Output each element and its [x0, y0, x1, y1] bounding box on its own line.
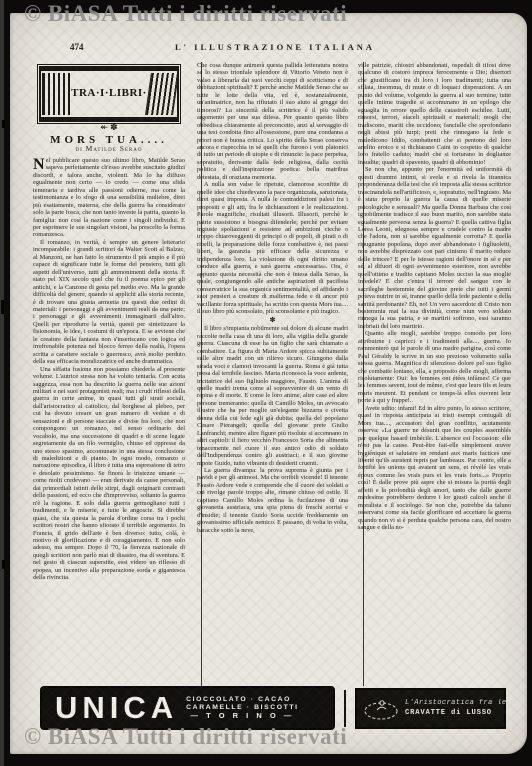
paragraph: A nulla son valse le ripetute, clamorose…: [197, 181, 348, 315]
unica-line-1: CIOCCOLATO · CACAO: [186, 696, 298, 704]
paragraph: Che cosa dunque animerà questa pallida l…: [197, 62, 348, 181]
scan-speck: [2, 560, 5, 569]
section-break-ornament-icon: ✽: [197, 315, 348, 325]
tra-i-libri-masthead: TRA·I·LIBRI·: [39, 66, 179, 122]
paragraph: Nel pubblicare questo suo ultimo libro, …: [33, 157, 185, 239]
paragraph: Una siffatta fusione non possiamo chiede…: [33, 366, 185, 582]
paragraph: Il romanzo, in verità, è sempre un gener…: [33, 239, 185, 366]
paragraph: ville patrizie, chiostri abbandonati, os…: [358, 62, 511, 166]
paragraph: Quanto alle mogli, sarebbe troppo comodo…: [358, 330, 511, 405]
paragraph: Avete udito: infami! Ed in altro punto, …: [358, 405, 511, 532]
scan-speck: [2, 120, 5, 128]
book-shelf-icon: [42, 73, 70, 115]
magazine-page: 474 L' ILLUSTRAZIONE ITALIANA TRA·I·LIBR…: [10, 13, 527, 754]
paragraph: Il libro s'impianta nobilmente sul dolor…: [197, 325, 348, 467]
scan-speck: [1, 300, 4, 314]
book-shelf-icon: [145, 73, 179, 115]
drop-cap: N: [33, 157, 46, 171]
cravatte-line-1: L'Aristocratica fra le: [405, 699, 507, 709]
copyright-watermark-bottom: © BiASA Tutti i diritti riservati: [24, 724, 347, 750]
paragraph-text: el pubblicare questo suo ultimo libro, M…: [33, 157, 185, 239]
cravatte-advertisement: L'Aristocratica fra le CRAVATTE di LUSSO: [357, 690, 504, 727]
masthead-title: TRA·I·LIBRI·: [71, 71, 147, 117]
unica-advertisement: UNICA CIOCCOLATO · CACAO CARAMELLE · BIS…: [42, 688, 333, 728]
article-column-3: ville patrizie, chiostri abbandonati, os…: [358, 62, 511, 684]
cravatte-text: L'Aristocratica fra le CRAVATTE di LUSSO: [405, 699, 507, 718]
rider-emblem-icon: [362, 697, 400, 721]
cravatte-line-2: CRAVATTE di LUSSO: [405, 709, 507, 719]
arrow-flower-ornament-icon: ↞ ✽: [33, 122, 185, 134]
paragraph: Se non che, appunto per l'enormità ed un…: [358, 166, 511, 330]
article-byline: di Matilde Serao: [33, 145, 185, 152]
unica-city: — T O R I N O —: [186, 712, 298, 720]
journal-title: L' ILLUSTRAZIONE ITALIANA: [110, 42, 440, 52]
copyright-watermark-top: © BiASA Tutti i diritti riservati: [24, 1, 347, 27]
article-column-1: TRA·I·LIBRI· ↞ ✽ MORS TUA.... di Matilde…: [33, 62, 185, 684]
ad-divider: [344, 690, 346, 727]
scan-edge: [0, 0, 4, 766]
article-column-2: Che cosa dunque animerà questa pallida l…: [197, 62, 348, 684]
page-number: 474: [70, 42, 84, 52]
unica-brand: UNICA: [55, 688, 178, 728]
article-title: MORS TUA....: [33, 137, 185, 144]
paragraph: La guerra divampa: la prova suprema è gi…: [197, 467, 348, 534]
unica-products: CIOCCOLATO · CACAO CARAMELLE · BISCOTTI …: [186, 696, 298, 721]
